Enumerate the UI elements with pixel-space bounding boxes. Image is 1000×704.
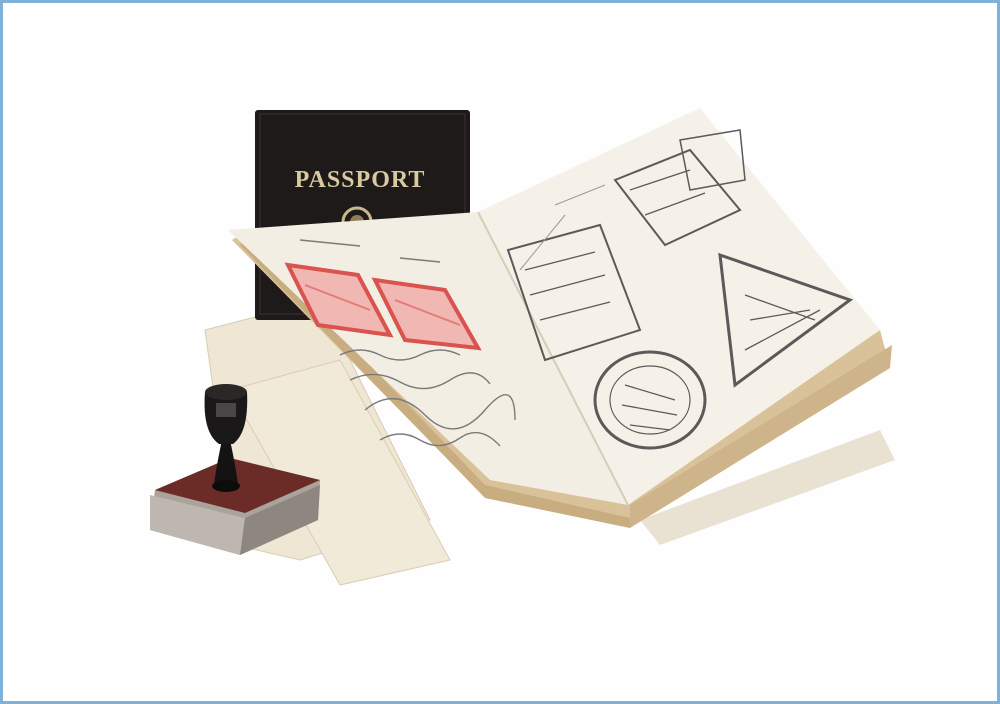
passport-cover-title: PASSPORT [295,167,426,193]
passport-photo: PASSPORT [0,0,1000,704]
